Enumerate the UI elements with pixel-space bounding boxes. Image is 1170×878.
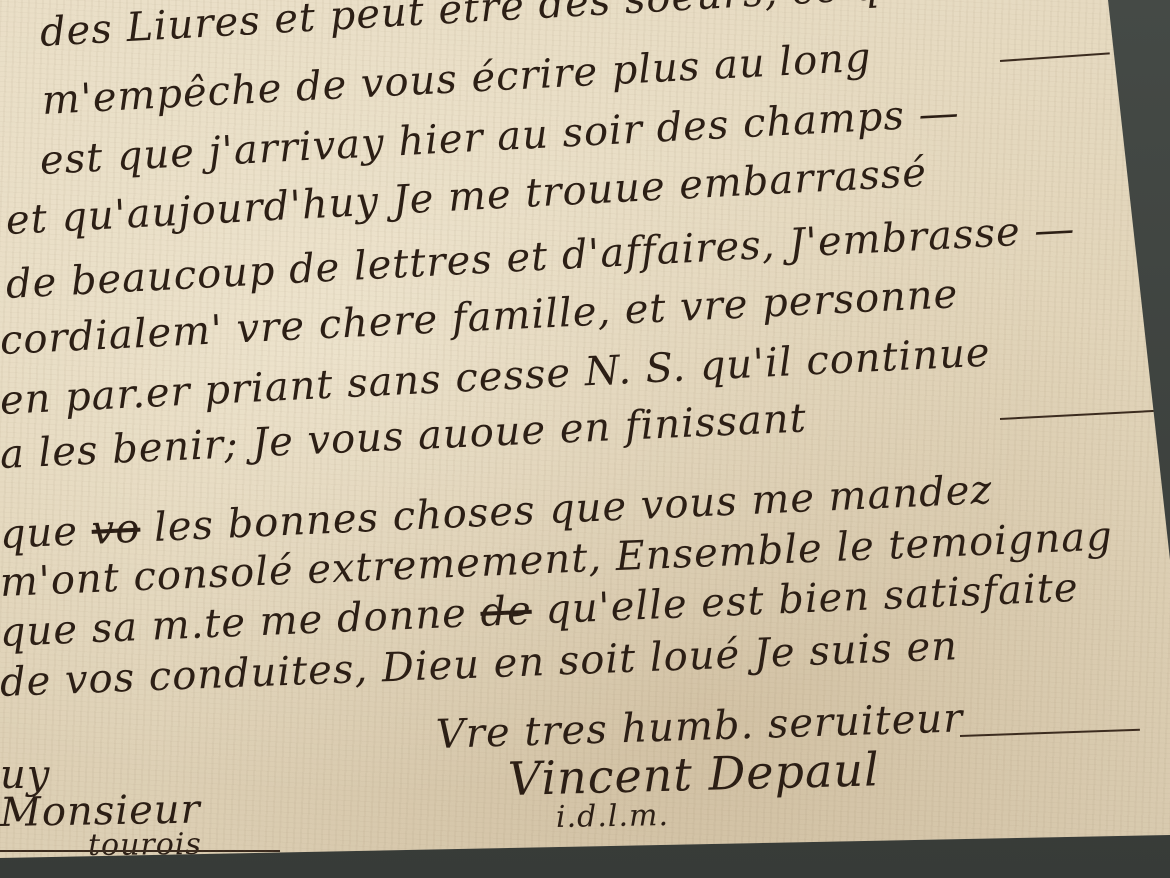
line-11-rest: qu'elle est bien satisfaite [544,565,1079,633]
signature-mark: i.d.l.m. [556,798,670,835]
line-9-rest: les bonnes choses que vous me mandez [153,467,993,551]
letter-line-9: que vo les bonnes choses que vous me man… [0,467,993,558]
struck-word: de [479,588,532,636]
closing-flourish [960,729,1140,737]
struck-word: vo [91,506,142,554]
letter-line-8: a les benir; Je vous auoue en finissant [0,395,808,478]
line-filler-rule [1000,52,1110,62]
address-line-2: Monsieur [0,787,201,836]
letter-paper: des Liures et peut être des soeurs, ce q… [0,0,1170,878]
line-9-start: que [0,508,79,557]
letter-line-6: cordialem' vre chere famille, et vre per… [0,271,959,364]
letter-line-3: est que j'arrivay hier au soir des champ… [39,90,961,184]
letter-line-10: m'ont consolé extremement, Ensemble le t… [0,513,1114,606]
letter-line-1: des Liures et peut être des soeurs, ce q… [39,0,922,56]
letter-line-5: de beaucoup de lettres et d'affaires, J'… [5,206,1077,308]
letter-line-11: que sa m.te me donne de qu'elle est bien… [0,565,1079,656]
address-rule [0,850,280,852]
letter-line-2: m'empêche de vous écrire plus au long [41,35,873,124]
signature: Vincent Depaul [507,742,880,806]
address-line-1: uy [0,752,50,798]
letter-line-7: en par.er priant sans cesse N. S. qu'il … [0,330,992,424]
line-filler-rule [1000,409,1170,420]
line-11-start: que sa m.te me donne [0,590,468,656]
letter-line-12: de vos conduites, Dieu en soit loué Je s… [0,623,959,706]
closing-line: Vre tres humb. seruiteur [435,695,964,758]
letter-line-4: et qu'aujourd'huy Je me trouue embarrass… [5,150,928,244]
